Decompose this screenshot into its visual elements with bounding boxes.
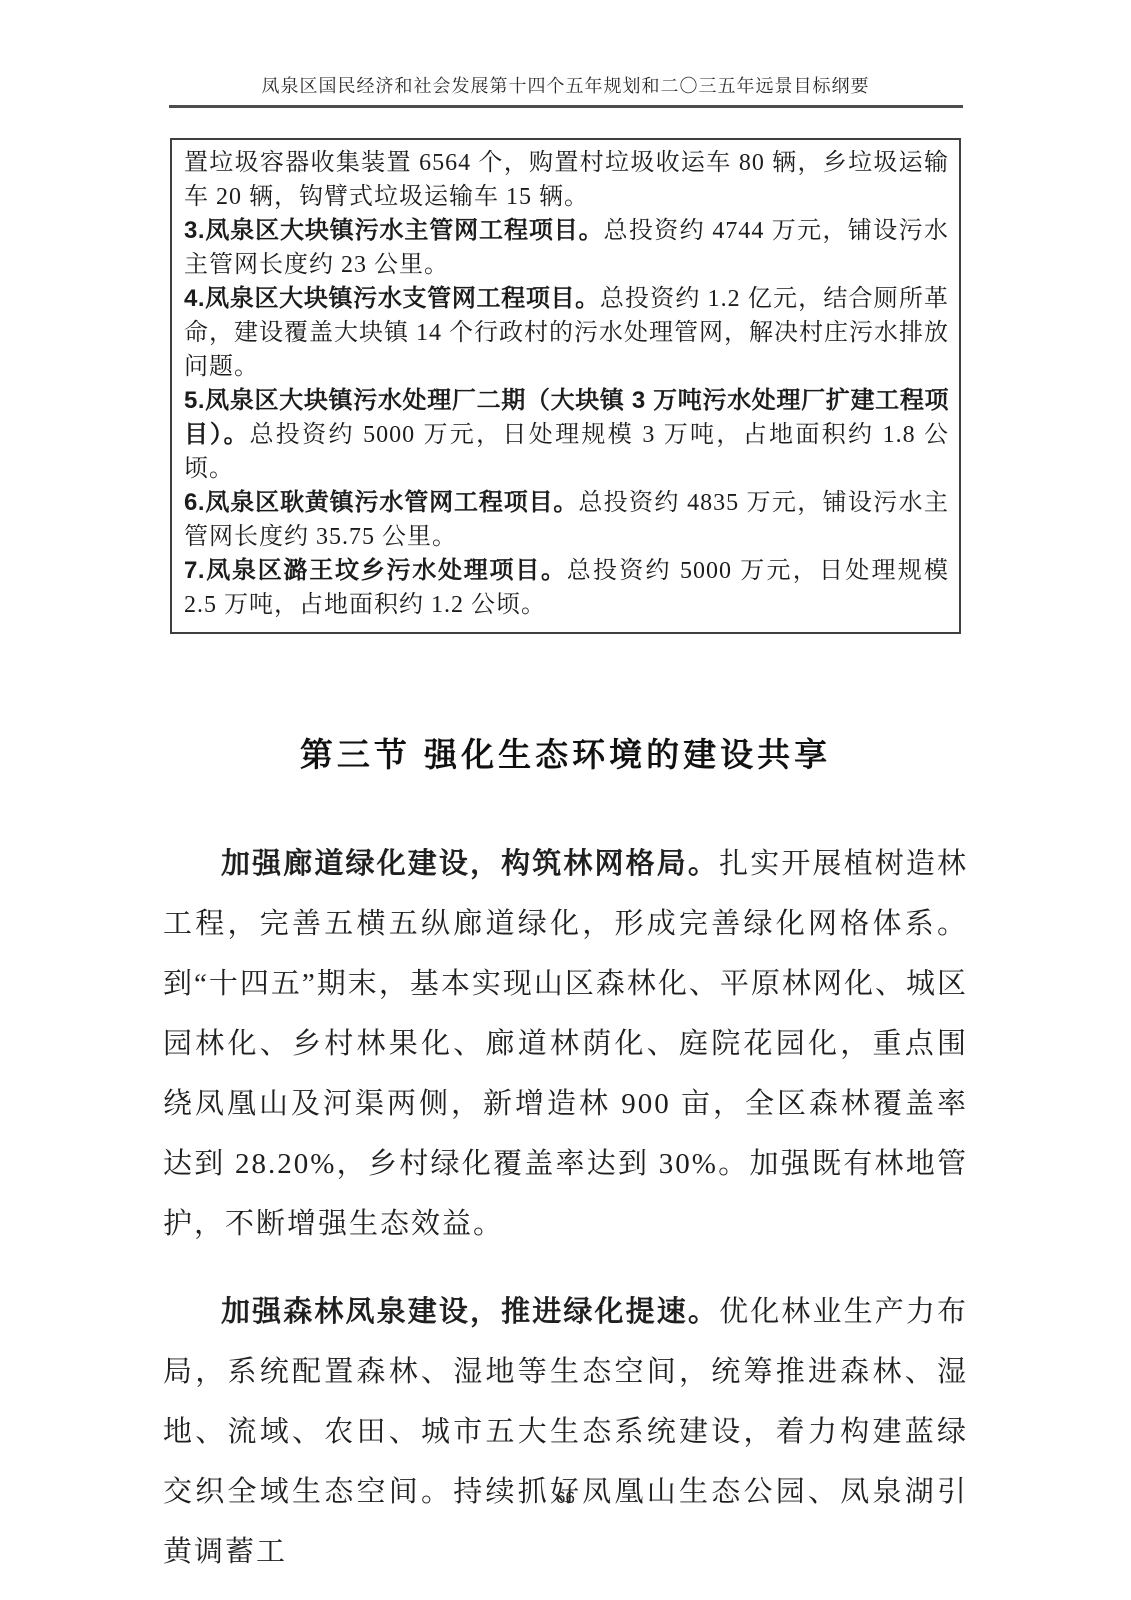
paragraph-text: 扎实开展植树造林工程，完善五横五纵廊道绿化，形成完善绿化网格体系。到“十四五”期… (163, 848, 968, 1240)
document-page: 凤泉区国民经济和社会发展第十四个五年规划和二〇三五年远景目标纲要 置垃圾容器收集… (0, 0, 1131, 1600)
project-list-box: 置垃圾容器收集装置 6564 个，购置村垃圾收运车 80 辆，乡垃圾运输车 20… (170, 138, 961, 634)
body-paragraph-2: 加强森林凤泉建设，推进绿化提速。优化林业生产力布局，系统配置森林、湿地等生态空间… (163, 1282, 968, 1582)
document-title: 凤泉区国民经济和社会发展第十四个五年规划和二〇三五年远景目标纲要 (169, 72, 963, 98)
project-item-text: 总投资约 5000 万元，日处理规模 3 万吨，占地面积约 1.8 公顷。 (184, 422, 949, 482)
project-item-continuation: 置垃圾容器收集装置 6564 个，购置村垃圾收运车 80 辆，乡垃圾运输车 20… (184, 146, 949, 214)
paragraph-lead-bold: 加强廊道绿化建设，构筑林网格局。 (221, 848, 719, 880)
paragraph-text: 优化林业生产力布局，系统配置森林、湿地等生态空间，统筹推进森林、湿地、流域、农田… (163, 1296, 968, 1568)
paragraph-lead-bold: 加强森林凤泉建设，推进绿化提速。 (221, 1296, 719, 1328)
body-paragraph-1: 加强廊道绿化建设，构筑林网格局。扎实开展植树造林工程，完善五横五纵廊道绿化，形成… (163, 834, 968, 1254)
project-item-3: 3.凤泉区大块镇污水主管网工程项目。总投资约 4744 万元，铺设污水主管网长度… (184, 214, 949, 282)
section-heading: 第三节 强化生态环境的建设共享 (0, 729, 1131, 776)
project-item-title: 7.凤泉区潞王坟乡污水处理项目。 (184, 557, 567, 584)
page-number: 66 (0, 1488, 1131, 1508)
project-item-title: 4.凤泉区大块镇污水支管网工程项目。 (184, 285, 600, 312)
project-item-title: 3.凤泉区大块镇污水主管网工程项目。 (184, 217, 603, 244)
header-divider (169, 105, 963, 108)
running-header: 凤泉区国民经济和社会发展第十四个五年规划和二〇三五年远景目标纲要 (169, 0, 963, 108)
project-item-text: 置垃圾容器收集装置 6564 个，购置村垃圾收运车 80 辆，乡垃圾运输车 20… (184, 150, 949, 210)
project-item-6: 6.凤泉区耿黄镇污水管网工程项目。总投资约 4835 万元，铺设污水主管网长度约… (184, 486, 949, 554)
project-item-4: 4.凤泉区大块镇污水支管网工程项目。总投资约 1.2 亿元，结合厕所革命，建设覆… (184, 282, 949, 384)
project-item-7: 7.凤泉区潞王坟乡污水处理项目。总投资约 5000 万元，日处理规模 2.5 万… (184, 554, 949, 622)
project-item-5: 5.凤泉区大块镇污水处理厂二期（大块镇 3 万吨污水处理厂扩建工程项目）。总投资… (184, 384, 949, 486)
project-item-title: 6.凤泉区耿黄镇污水管网工程项目。 (184, 489, 578, 516)
